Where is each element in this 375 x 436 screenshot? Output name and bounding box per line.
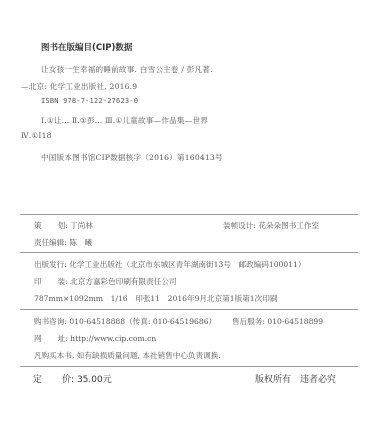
price-label-a: 定 <box>33 375 42 385</box>
purchase-row: 购书咨询: 010-64518888（传真: 010-64519686） <box>34 316 216 327</box>
divider <box>20 214 358 215</box>
printer-row: 印装: 北京方嘉彩色印刷有限责任公司 <box>34 276 176 287</box>
planner-name: 丁尚林 <box>70 221 93 230</box>
editor-row: 责任编辑: 陈 曦 <box>34 237 92 248</box>
cip-record-number: 中国版本图书馆CIP数据核字（2016）第160413号 <box>41 152 223 163</box>
design-row: 装帧设计: 花朵朵图书工作室 <box>223 220 319 231</box>
notice-row: 凡购买本书, 如有缺损质量问题, 本社销售中心负责调换. <box>34 350 221 361</box>
divider <box>20 366 358 367</box>
service-label: 售后服务: <box>232 317 265 326</box>
cip-line-classification-cont: Ⅳ.①I18 <box>21 131 52 140</box>
planner-row: 策划: 丁尚林 <box>34 220 93 231</box>
planner-label-b: 划: <box>58 221 68 230</box>
divider <box>20 309 358 310</box>
publisher-label: 出版发行: <box>34 260 67 269</box>
web-label-b: 址: <box>58 334 68 343</box>
editor-label: 责任编辑: <box>34 238 67 247</box>
purchase-phone: 010-64518888（传真: 010-64519686） <box>69 317 216 326</box>
publisher-row: 出版发行: 化学工业出版社（北京市东城区青年湖南街13号 邮政编码100011） <box>34 259 305 270</box>
website-row: 网址: http://www.cip.com.cn <box>34 333 156 344</box>
copyright-notice: 版权所有 违者必究 <box>255 372 336 385</box>
divider <box>20 252 358 253</box>
price-value: 35.00元 <box>77 375 112 385</box>
design-label: 装帧设计: <box>223 221 256 230</box>
service-row: 售后服务: 010-64518899 <box>232 316 323 327</box>
service-phone: 010-64518899 <box>267 317 323 326</box>
printer-label-b: 装: <box>58 277 68 286</box>
web-label-a: 网 <box>34 334 42 343</box>
publisher-name: 化学工业出版社（北京市东城区青年湖南街13号 邮政编码100011） <box>69 260 305 269</box>
cip-line-classification: Ⅰ.①让… Ⅱ.①彭… Ⅲ.①儿童故事—作品集—世界 <box>41 115 208 126</box>
purchase-label: 购书咨询: <box>34 317 67 326</box>
printer-label-a: 印 <box>34 277 42 286</box>
specs-row: 787mm×1092mm 1/16 印张11 2016年9月北京第1版第1次印刷 <box>34 293 277 304</box>
price-label-b: 价: <box>62 375 74 385</box>
cip-line-title: 让女孩一生幸福的睡前故事. 白雪公主卷 / 彭凡著. <box>41 64 213 75</box>
website-link[interactable]: http://www.cip.com.cn <box>70 334 156 343</box>
editor-name: 陈 曦 <box>69 238 92 247</box>
price-row: 定价: 35.00元 <box>33 372 112 385</box>
planner-label-a: 策 <box>34 221 42 230</box>
design-name: 花朵朵图书工作室 <box>258 221 319 230</box>
printer-name: 北京方嘉彩色印刷有限责任公司 <box>70 277 176 286</box>
cip-line-publisher: —北京: 化学工业出版社, 2016.9 <box>21 81 137 92</box>
cip-heading: 图书在版编目(CIP)数据 <box>41 41 132 53</box>
cip-line-isbn: ISBN 978-7-122-27623-0 <box>41 97 138 105</box>
